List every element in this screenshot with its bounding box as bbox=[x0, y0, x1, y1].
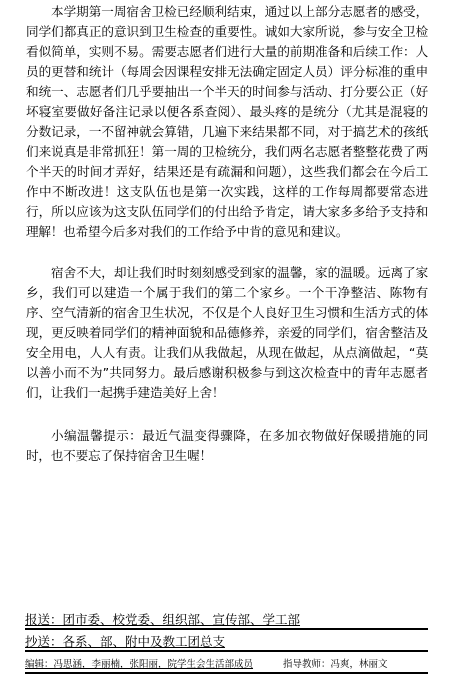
paragraph-summary: 本学期第一周宿舍卫检已经顺利结束，通过以上部分志愿者的感受，同学们都真正的意识到… bbox=[26, 2, 428, 242]
advisors-text: 指导教师：冯爽，林丽文 bbox=[283, 658, 388, 672]
copy-to-line: 抄送：各系、部、附中及教工团总支 bbox=[25, 634, 428, 652]
paragraph-dormitory: 宿舍不大，却让我们时时刻刻感受到家的温馨，家的温暖。远离了家乡，我们可以建造一个… bbox=[26, 263, 428, 403]
distribution-footer: 报送：团市委、校党委、组织部、宣传部、学工部 抄送：各系、部、附中及教工团总支 … bbox=[25, 612, 428, 674]
report-to-line: 报送：团市委、校党委、组织部、宣传部、学工部 bbox=[25, 612, 428, 630]
editors-text: 编辑：冯思涵，李丽楠，张阳丽，院学生会生活部成员 bbox=[25, 659, 253, 670]
report-to-text: 报送：团市委、校党委、组织部、宣传部、学工部 bbox=[25, 612, 300, 627]
copy-to-text: 抄送：各系、部、附中及教工团总支 bbox=[25, 634, 225, 649]
paragraph-editor-tip: 小编温馨提示：最近气温变得骤降，在多加衣物做好保暖措施的同时，也不要忘了保持宿舍… bbox=[26, 426, 428, 466]
credits-line: 编辑：冯思涵，李丽楠，张阳丽，院学生会生活部成员 指导教师：冯爽，林丽文 bbox=[25, 658, 428, 674]
